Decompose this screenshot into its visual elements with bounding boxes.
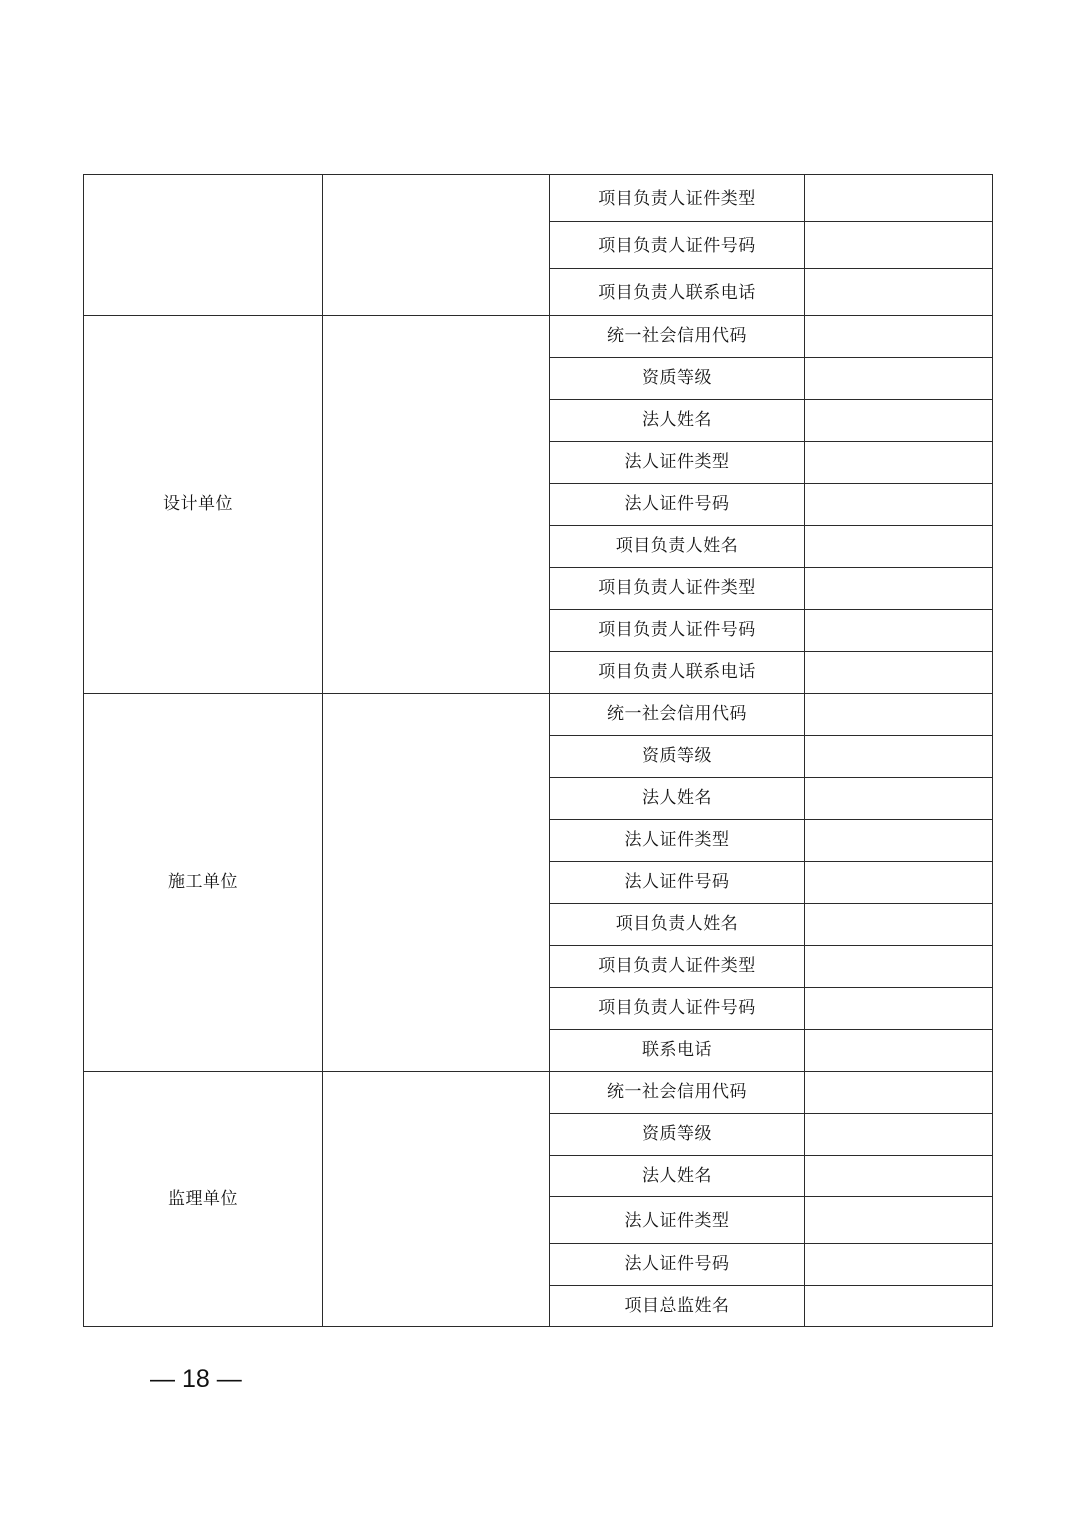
field-value-cell[interactable] [805,652,993,694]
field-value-cell[interactable] [805,358,993,400]
field-value-cell[interactable] [805,862,993,904]
field-value-cell[interactable] [805,400,993,442]
field-label: 项目负责人证件类型 [550,568,805,610]
field-value-cell[interactable] [805,946,993,988]
field-label: 资质等级 [550,736,805,778]
field-value-cell[interactable] [805,610,993,652]
field-label: 法人姓名 [550,1156,805,1197]
table-row: 监理单位 统一社会信用代码 [84,1072,993,1114]
table-row: 设计单位 统一社会信用代码 [84,316,993,358]
field-value-cell[interactable] [805,175,993,222]
field-value-cell[interactable] [805,269,993,316]
field-value-cell[interactable] [805,904,993,946]
field-value-cell[interactable] [805,1072,993,1114]
unit-label-design: 设计单位 [84,316,323,694]
unit-name-cell[interactable] [323,316,550,694]
field-label: 项目负责人姓名 [550,904,805,946]
field-label: 法人证件类型 [550,1197,805,1244]
field-label: 法人证件类型 [550,442,805,484]
field-label: 项目负责人证件类型 [550,175,805,222]
field-label: 统一社会信用代码 [550,1072,805,1114]
field-label: 项目负责人联系电话 [550,269,805,316]
unit-label-supervision: 监理单位 [84,1072,323,1327]
unit-info-table: 项目负责人证件类型 项目负责人证件号码 项目负责人联系电话 设计单位 统一社会信… [83,174,993,1327]
field-value-cell[interactable] [805,1030,993,1072]
field-label: 项目总监姓名 [550,1286,805,1327]
field-label: 统一社会信用代码 [550,694,805,736]
field-value-cell[interactable] [805,1286,993,1327]
field-label: 项目负责人证件号码 [550,222,805,269]
field-label: 项目负责人联系电话 [550,652,805,694]
field-label: 法人证件号码 [550,1244,805,1286]
page-number: — 18 — [150,1365,242,1394]
field-label: 法人姓名 [550,778,805,820]
field-label: 项目负责人证件号码 [550,988,805,1030]
field-label: 法人证件类型 [550,820,805,862]
unit-label-cell [84,175,323,316]
field-label: 法人证件号码 [550,484,805,526]
field-label: 法人证件号码 [550,862,805,904]
field-value-cell[interactable] [805,736,993,778]
table-row: 施工单位 统一社会信用代码 [84,694,993,736]
field-value-cell[interactable] [805,568,993,610]
field-label: 项目负责人证件号码 [550,610,805,652]
field-value-cell[interactable] [805,820,993,862]
field-value-cell[interactable] [805,1156,993,1197]
field-value-cell[interactable] [805,694,993,736]
field-value-cell[interactable] [805,1197,993,1244]
field-label: 资质等级 [550,358,805,400]
field-value-cell[interactable] [805,316,993,358]
field-label: 项目负责人姓名 [550,526,805,568]
field-label: 项目负责人证件类型 [550,946,805,988]
field-value-cell[interactable] [805,222,993,269]
field-value-cell[interactable] [805,1244,993,1286]
unit-label-construction: 施工单位 [84,694,323,1072]
field-value-cell[interactable] [805,778,993,820]
field-value-cell[interactable] [805,1114,993,1156]
field-label: 资质等级 [550,1114,805,1156]
field-value-cell[interactable] [805,526,993,568]
field-label: 统一社会信用代码 [550,316,805,358]
unit-name-cell[interactable] [323,694,550,1072]
unit-name-cell[interactable] [323,175,550,316]
field-value-cell[interactable] [805,442,993,484]
table-row: 项目负责人证件类型 [84,175,993,222]
unit-name-cell[interactable] [323,1072,550,1327]
field-value-cell[interactable] [805,988,993,1030]
field-value-cell[interactable] [805,484,993,526]
field-label: 联系电话 [550,1030,805,1072]
field-label: 法人姓名 [550,400,805,442]
